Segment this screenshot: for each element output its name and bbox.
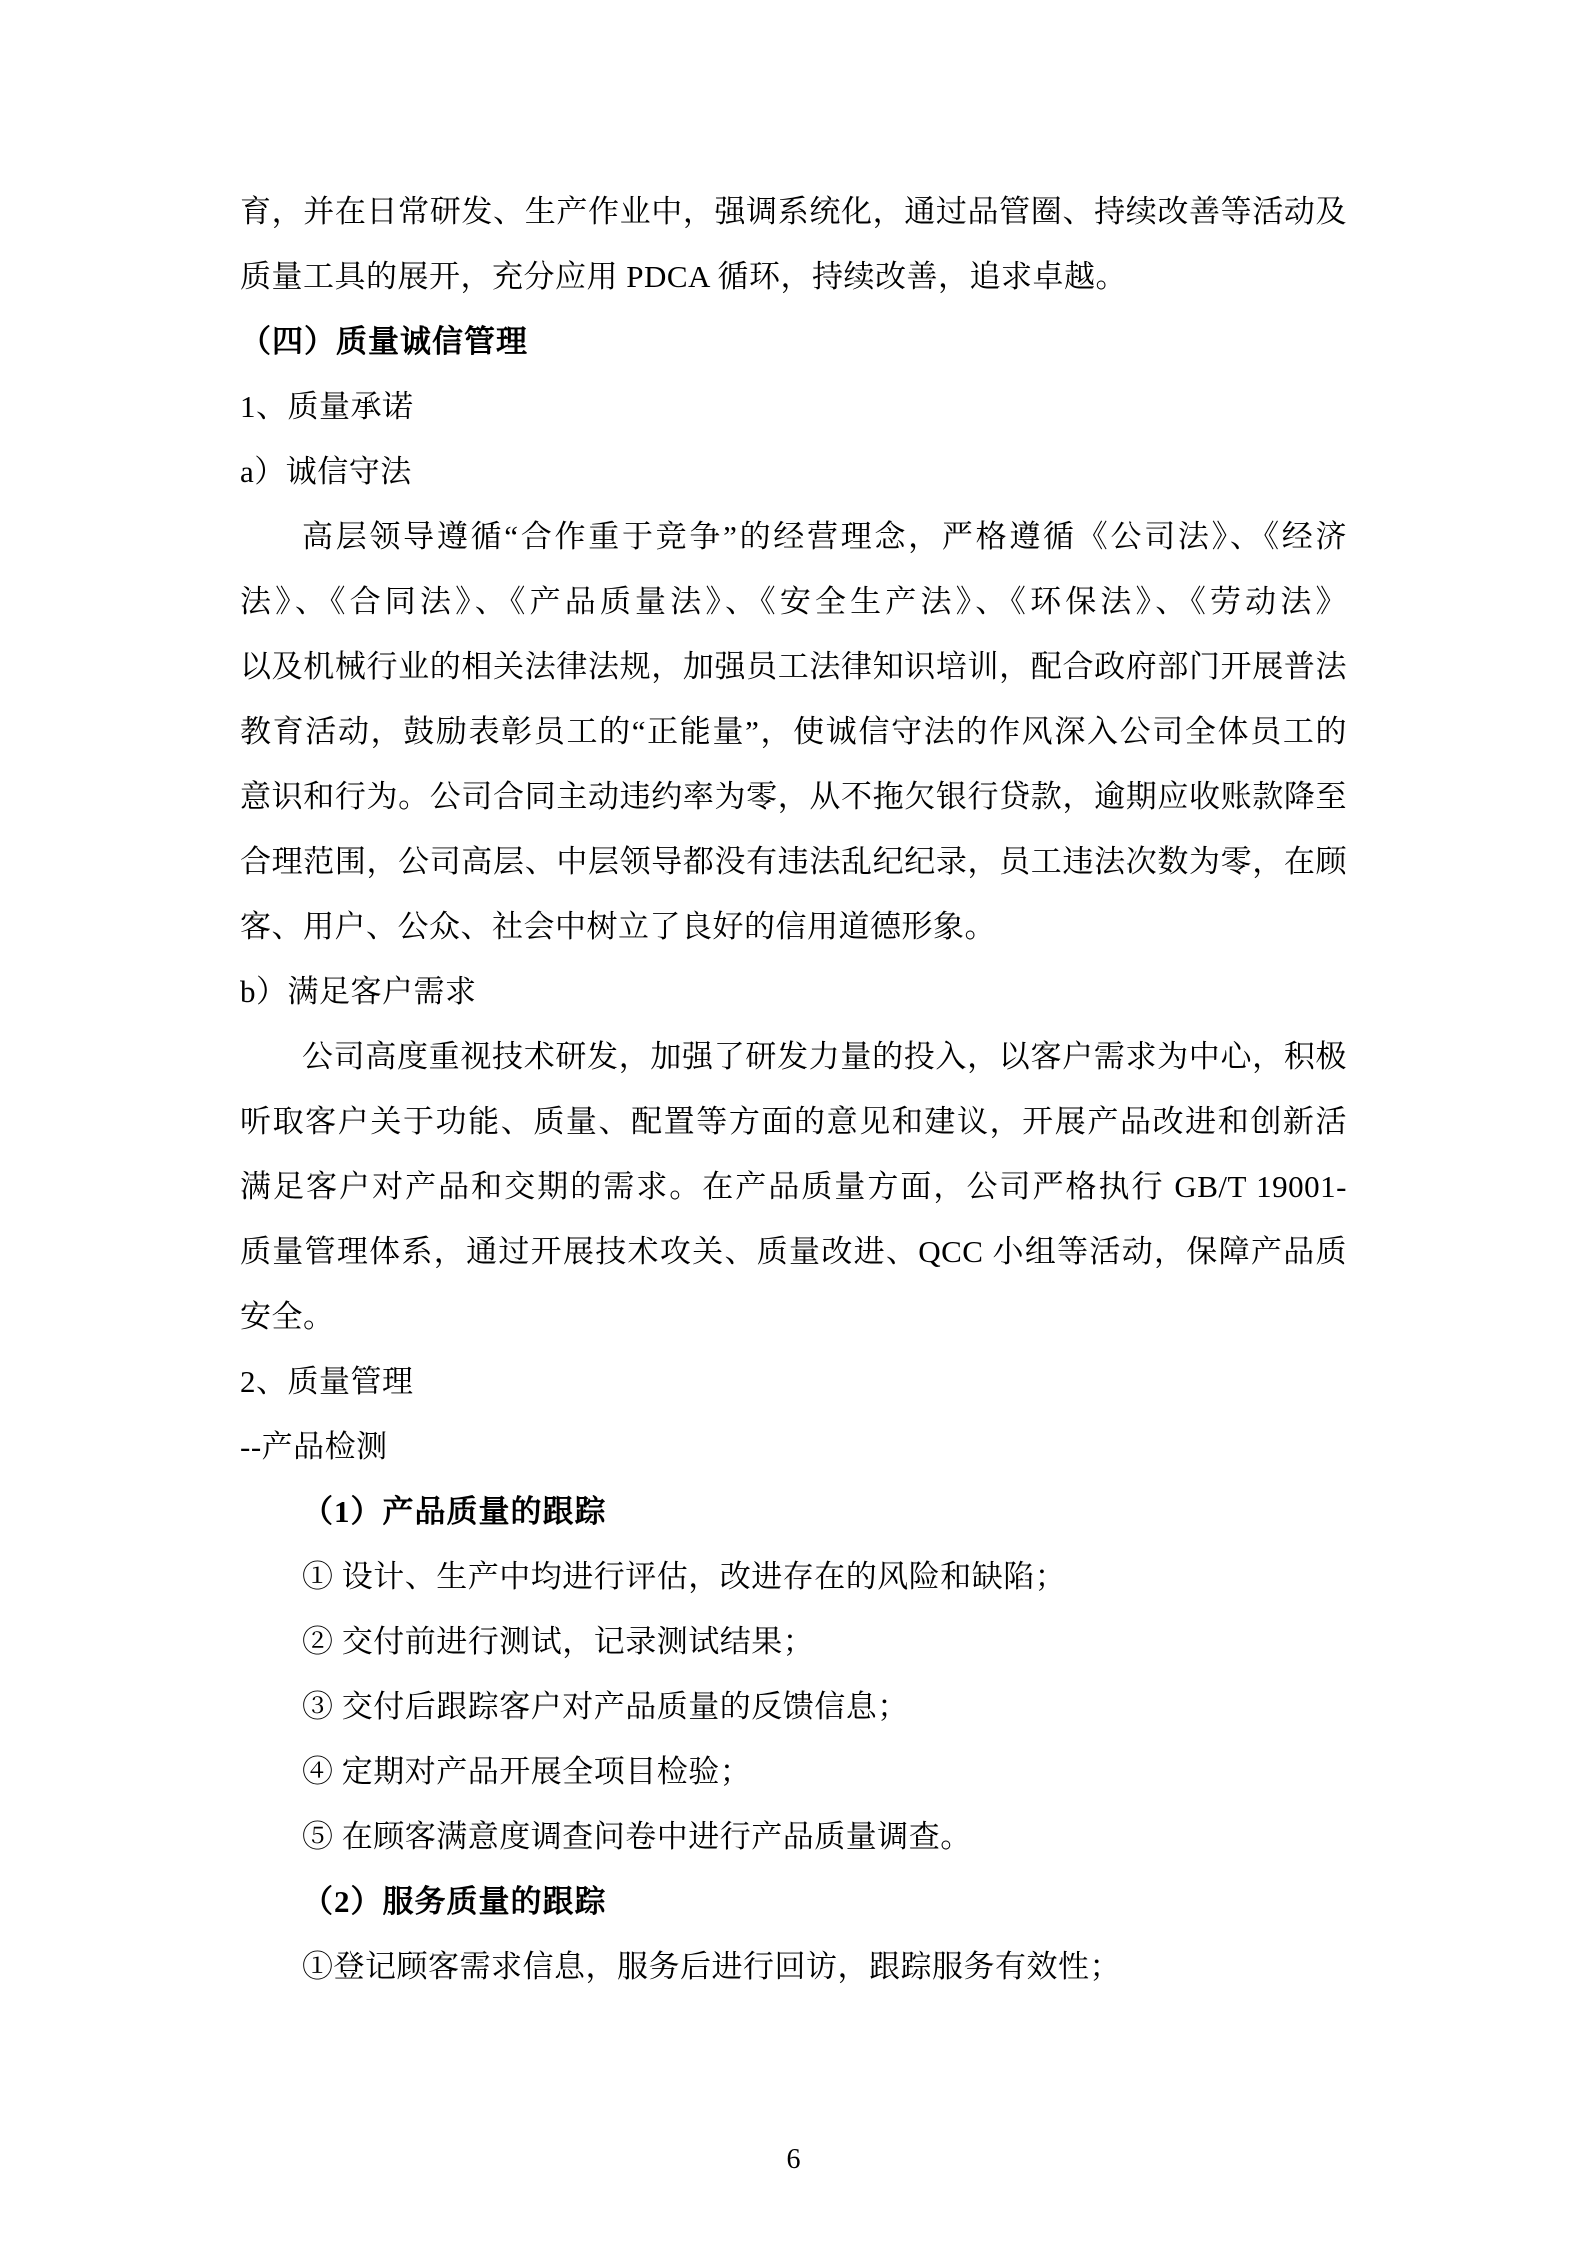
paragraph-line: 安全。 [240, 1284, 1347, 1349]
dash-subheading: --产品检测 [240, 1414, 1347, 1479]
numbered-heading: 2、质量管理 [240, 1349, 1347, 1414]
lettered-heading: b）满足客户需求 [240, 959, 1347, 1024]
numbered-heading: 1、质量承诺 [240, 374, 1347, 439]
paragraph-line: 育，并在日常研发、生产作业中，强调系统化，通过品管圈、持续改善等活动及 [240, 179, 1347, 244]
paragraph-line: 公司高度重视技术研发，加强了研发力量的投入，以客户需求为中心，积极 [240, 1024, 1347, 1089]
list-item-line: ①登记顾客需求信息，服务后进行回访，跟踪服务有效性； [240, 1934, 1347, 1999]
paragraph-line: 质量管理体系，通过开展技术攻关、质量改进、QCC 小组等活动，保障产品质量 [240, 1219, 1347, 1284]
paragraph-line: 满足客户对产品和交期的需求。在产品质量方面，公司严格执行 GB/T 19001-… [240, 1154, 1347, 1219]
paragraph-line: 合理范围，公司高层、中层领导都没有违法乱纪纪录，员工违法次数为零，在顾 [240, 829, 1347, 894]
list-item-line: ④ 定期对产品开展全项目检验； [240, 1739, 1347, 1804]
list-item-line: ⑤ 在顾客满意度调查问卷中进行产品质量调查。 [240, 1804, 1347, 1869]
paragraph-line: 意识和行为。公司合同主动违约率为零，从不拖欠银行贷款，逾期应收账款降至 [240, 764, 1347, 829]
list-item-line: ③ 交付后跟踪客户对产品质量的反馈信息； [240, 1674, 1347, 1739]
list-item-line: ② 交付前进行测试，记录测试结果； [240, 1609, 1347, 1674]
page-number: 6 [0, 2140, 1587, 2180]
paragraph-line: 客、用户、公众、社会中树立了良好的信用道德形象。 [240, 894, 1347, 959]
paragraph-line: 高层领导遵循“合作重于竞争”的经营理念，严格遵循《公司法》、《经济 [240, 504, 1347, 569]
subsection-heading: （2）服务质量的跟踪 [240, 1869, 1347, 1934]
paragraph-line: 以及机械行业的相关法律法规，加强员工法律知识培训，配合政府部门开展普法 [240, 634, 1347, 699]
lettered-heading: a）诚信守法 [240, 439, 1347, 504]
subsection-heading: （1）产品质量的跟踪 [240, 1479, 1347, 1544]
list-item-line: ① 设计、生产中均进行评估，改进存在的风险和缺陷； [240, 1544, 1347, 1609]
paragraph-line: 听取客户关于功能、质量、配置等方面的意见和建议，开展产品改进和创新活动， [240, 1089, 1347, 1154]
paragraph-line: 教育活动，鼓励表彰员工的“正能量”，使诚信守法的作风深入公司全体员工的 [240, 699, 1347, 764]
paragraph-line: 质量工具的展开，充分应用 PDCA 循环，持续改善，追求卓越。 [240, 244, 1347, 309]
text-block: 育，并在日常研发、生产作业中，强调系统化，通过品管圈、持续改善等活动及 质量工具… [240, 179, 1347, 1999]
paragraph-line: 法》、《合同法》、《产品质量法》、《安全生产法》、《环保法》、《劳动法》 [240, 569, 1347, 634]
section-heading: （四）质量诚信管理 [240, 309, 1347, 374]
document-page: 育，并在日常研发、生产作业中，强调系统化，通过品管圈、持续改善等活动及 质量工具… [0, 0, 1587, 2245]
